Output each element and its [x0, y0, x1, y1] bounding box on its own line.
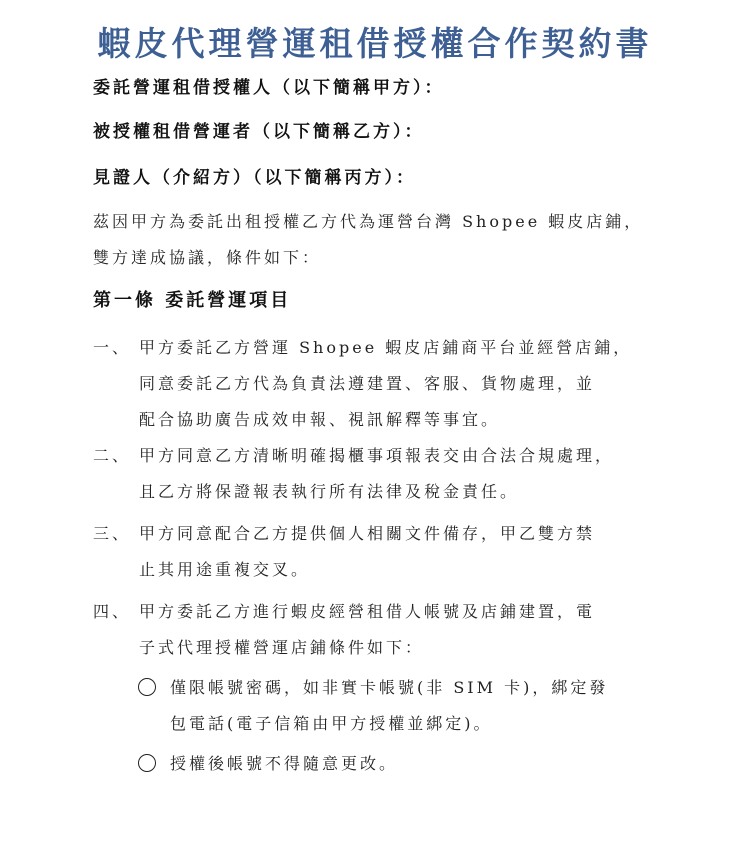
clause-4: 四、甲方委託乙方進行蝦皮經營租借人帳號及店鋪建置，電 子式代理授權營運店鋪條件如… [93, 594, 713, 666]
clause-text: 甲方同意配合乙方提供個人相關文件備存，甲乙雙方禁 [139, 524, 595, 543]
party-c-label: 見證人（介紹方）（以下簡稱丙方）： [93, 166, 416, 190]
circle-bullet-icon [138, 754, 156, 772]
preamble: 茲因甲方為委託出租授權乙方代為運營台灣 Shopee 蝦皮店鋪， 雙方達成協議，… [93, 204, 693, 276]
clause-3: 三、甲方同意配合乙方提供個人相關文件備存，甲乙雙方禁 止其用途重複交叉。 [93, 516, 713, 588]
circle-bullet-icon [138, 678, 156, 696]
clause-text: 甲方同意乙方清晰明確揭櫃事項報表交由合法合規處理， [139, 446, 614, 465]
clause-text: 配合協助廣告成效申報、視訊解釋等事宜。 [93, 402, 713, 438]
preamble-line: 雙方達成協議，條件如下： [93, 240, 693, 276]
clause-text: 止其用途重複交叉。 [93, 552, 713, 588]
party-a-label: 委託營運租借授權人（以下簡稱甲方）： [93, 76, 445, 100]
clause-number: 四、 [93, 594, 139, 630]
document-page: 蝦皮代理營運租借授權合作契約書 委託營運租借授權人（以下簡稱甲方）： 被授權租借… [0, 0, 750, 851]
bullet-text: 包電話(電子信箱由甲方授權並綁定)。 [138, 706, 608, 742]
clause-number: 二、 [93, 438, 139, 474]
clause-text: 子式代理授權營運店鋪條件如下： [93, 630, 713, 666]
document-title: 蝦皮代理營運租借授權合作契約書 [0, 22, 750, 66]
clause-4-bullet-1: 僅限帳號密碼，如非實卡帳號(非 SIM 卡)，綁定發 包電話(電子信箱由甲方授權… [138, 670, 608, 742]
bullet-text: 僅限帳號密碼，如非實卡帳號(非 SIM 卡)，綁定發 [170, 678, 608, 697]
clause-text: 甲方委託乙方營運 Shopee 蝦皮店鋪商平台並經營店鋪， [139, 338, 632, 357]
clause-text: 同意委託乙方代為負責法遵建置、客服、貨物處理，並 [93, 366, 713, 402]
clause-number: 一、 [93, 330, 139, 366]
party-b-label: 被授權租借營運者（以下簡稱乙方）： [93, 120, 425, 144]
bullet-text: 授權後帳號不得隨意更改。 [170, 754, 398, 773]
section-heading: 第一條 委託營運項目 [93, 288, 291, 314]
clause-1: 一、甲方委託乙方營運 Shopee 蝦皮店鋪商平台並經營店鋪， 同意委託乙方代為… [93, 330, 713, 438]
clause-4-bullet-2: 授權後帳號不得隨意更改。 [138, 746, 398, 782]
clause-text: 且乙方將保證報表執行所有法律及稅金責任。 [93, 474, 713, 510]
clause-2: 二、甲方同意乙方清晰明確揭櫃事項報表交由合法合規處理， 且乙方將保證報表執行所有… [93, 438, 713, 510]
clause-number: 三、 [93, 516, 139, 552]
preamble-line: 茲因甲方為委託出租授權乙方代為運營台灣 Shopee 蝦皮店鋪， [93, 204, 693, 240]
clause-text: 甲方委託乙方進行蝦皮經營租借人帳號及店鋪建置，電 [139, 602, 595, 621]
